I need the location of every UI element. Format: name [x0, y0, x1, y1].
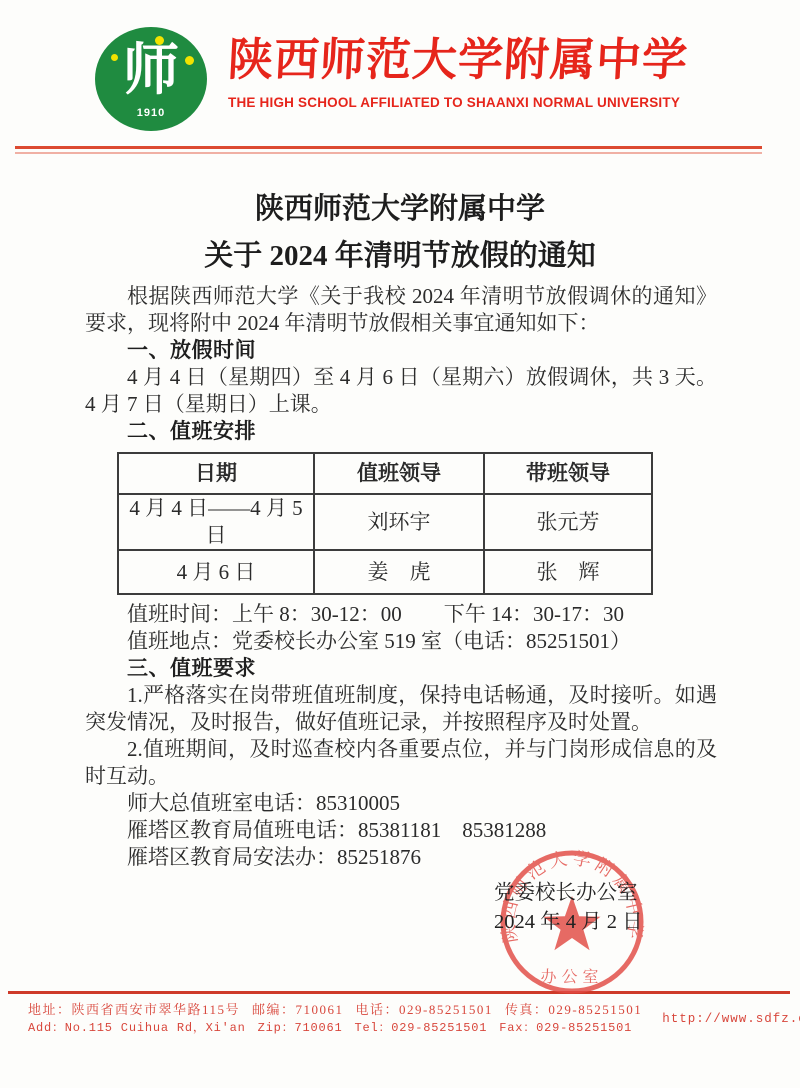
footer: 地址：陕西省西安市翠华路115号邮编：710061电话：029-85251501… [28, 1001, 784, 1037]
footer-zip-cn: 邮编：710061 [252, 1002, 344, 1017]
document-title-line2: 关于 2024 年清明节放假的通知 [0, 233, 800, 280]
intro-paragraph: 根据陕西师范大学《关于我校 2024 年清明节放假调休的通知》要求，现将附中 2… [85, 283, 717, 337]
footer-fax-cn: 传真：029-85251501 [505, 1002, 642, 1017]
duty-table-header-lead-leader: 带班领导 [484, 453, 652, 494]
duty-table-cell-date: 4 月 6 日 [118, 550, 314, 594]
signature-date: 2024 年 4 月 2 日 [494, 908, 643, 937]
duty-table-cell-lead-leader: 张元芳 [484, 494, 652, 550]
duty-table-row: 4 月 4 日——4 月 5 日 刘环宇 张元芳 [118, 494, 652, 550]
school-logo: 师 1910 [95, 27, 207, 131]
phone-line-district-duty: 雁塔区教育局值班电话：85381181 85381288 [85, 817, 717, 844]
footer-row-en: Add：No.115 Cuihua Rd，Xi'anZip：710061Tel：… [28, 1019, 654, 1037]
duty-table-cell-date: 4 月 4 日——4 月 5 日 [118, 494, 314, 550]
logo-dot-icon [111, 54, 118, 61]
duty-time-line: 值班时间：上午 8：30-12：00 下午 14：30-17：30 [85, 601, 717, 628]
section-3-heading: 三、值班要求 [85, 655, 717, 682]
duty-table-cell-lead-leader: 张 辉 [484, 550, 652, 594]
duty-table-header-date: 日期 [118, 453, 314, 494]
duty-table-row: 4 月 6 日 姜 虎 张 辉 [118, 550, 652, 594]
duty-table-header-row: 日期 值班领导 带班领导 [118, 453, 652, 494]
logo-dot-icon [185, 56, 194, 65]
requirement-1-paragraph: 1.严格落实在岗带班值班制度，保持电话畅通，及时接听。如遇突发情况，及时报告，做… [85, 682, 717, 736]
footer-address-cn: 地址：陕西省西安市翠华路115号 [28, 1002, 240, 1017]
footer-tel-en: Tel：029-85251501 [354, 1021, 487, 1035]
duty-place-line: 值班地点：党委校长办公室 519 室（电话：85251501） [85, 628, 717, 655]
section-1-paragraph: 4 月 4 日（星期四）至 4 月 6 日（星期六）放假调休，共 3 天。4 月… [85, 364, 717, 418]
footer-address-en: Add：No.115 Cuihua Rd，Xi'an [28, 1021, 246, 1035]
school-brand: 陕西师范大学附属中学 THE HIGH SCHOOL AFFILIATED TO… [228, 29, 698, 110]
signature-block: 党委校长办公室 2024 年 4 月 2 日 [494, 879, 643, 937]
requirement-2-paragraph: 2.值班期间，及时巡查校内各重要点位，并与门岗形成信息的及时互动。 [85, 736, 717, 790]
footer-zip-en: Zip：710061 [258, 1021, 343, 1035]
duty-table-cell-duty-leader: 刘环宇 [314, 494, 484, 550]
footer-row-cn: 地址：陕西省西安市翠华路115号邮编：710061电话：029-85251501… [28, 1001, 654, 1019]
notice-page: 师 1910 陕西师范大学附属中学 THE HIGH SCHOOL AFFILI… [0, 0, 800, 1088]
footer-tel-cn: 电话：029-85251501 [356, 1002, 493, 1017]
document-title-line1: 陕西师范大学附属中学 [0, 186, 800, 233]
footer-fax-en: Fax：029-85251501 [499, 1021, 632, 1035]
stamp-bottom-text: 办公室 [540, 968, 603, 986]
signature-department: 党委校长办公室 [494, 879, 643, 908]
footer-rule [8, 991, 790, 994]
document-title: 陕西师范大学附属中学 关于 2024 年清明节放假的通知 [0, 186, 800, 280]
phone-line-university: 师大总值班室电话：85310005 [85, 790, 717, 817]
duty-table-cell-duty-leader: 姜 虎 [314, 550, 484, 594]
section-2-heading: 二、值班安排 [85, 418, 717, 445]
duty-table: 日期 值班领导 带班领导 4 月 4 日——4 月 5 日 刘环宇 张元芳 4 … [117, 452, 653, 595]
school-name-cn: 陕西师范大学附属中学 [226, 29, 699, 91]
letterhead-rule-bottom [15, 152, 762, 154]
school-name-en: THE HIGH SCHOOL AFFILIATED TO SHAANXI NO… [228, 95, 698, 110]
logo-glyph: 师 [95, 41, 207, 101]
footer-website: http://www.sdfz.com.cn [654, 1012, 800, 1026]
duty-table-header-duty-leader: 值班领导 [314, 453, 484, 494]
letterhead-rule-top [15, 146, 762, 149]
notice-body: 根据陕西师范大学《关于我校 2024 年清明节放假调休的通知》要求，现将附中 2… [85, 283, 717, 871]
logo-year: 1910 [95, 107, 207, 119]
phone-line-district-office: 雁塔区教育局安法办：85251876 [85, 844, 717, 871]
logo-dot-icon [155, 36, 164, 45]
section-1-heading: 一、放假时间 [85, 337, 717, 364]
footer-contact-block: 地址：陕西省西安市翠华路115号邮编：710061电话：029-85251501… [28, 1001, 654, 1037]
